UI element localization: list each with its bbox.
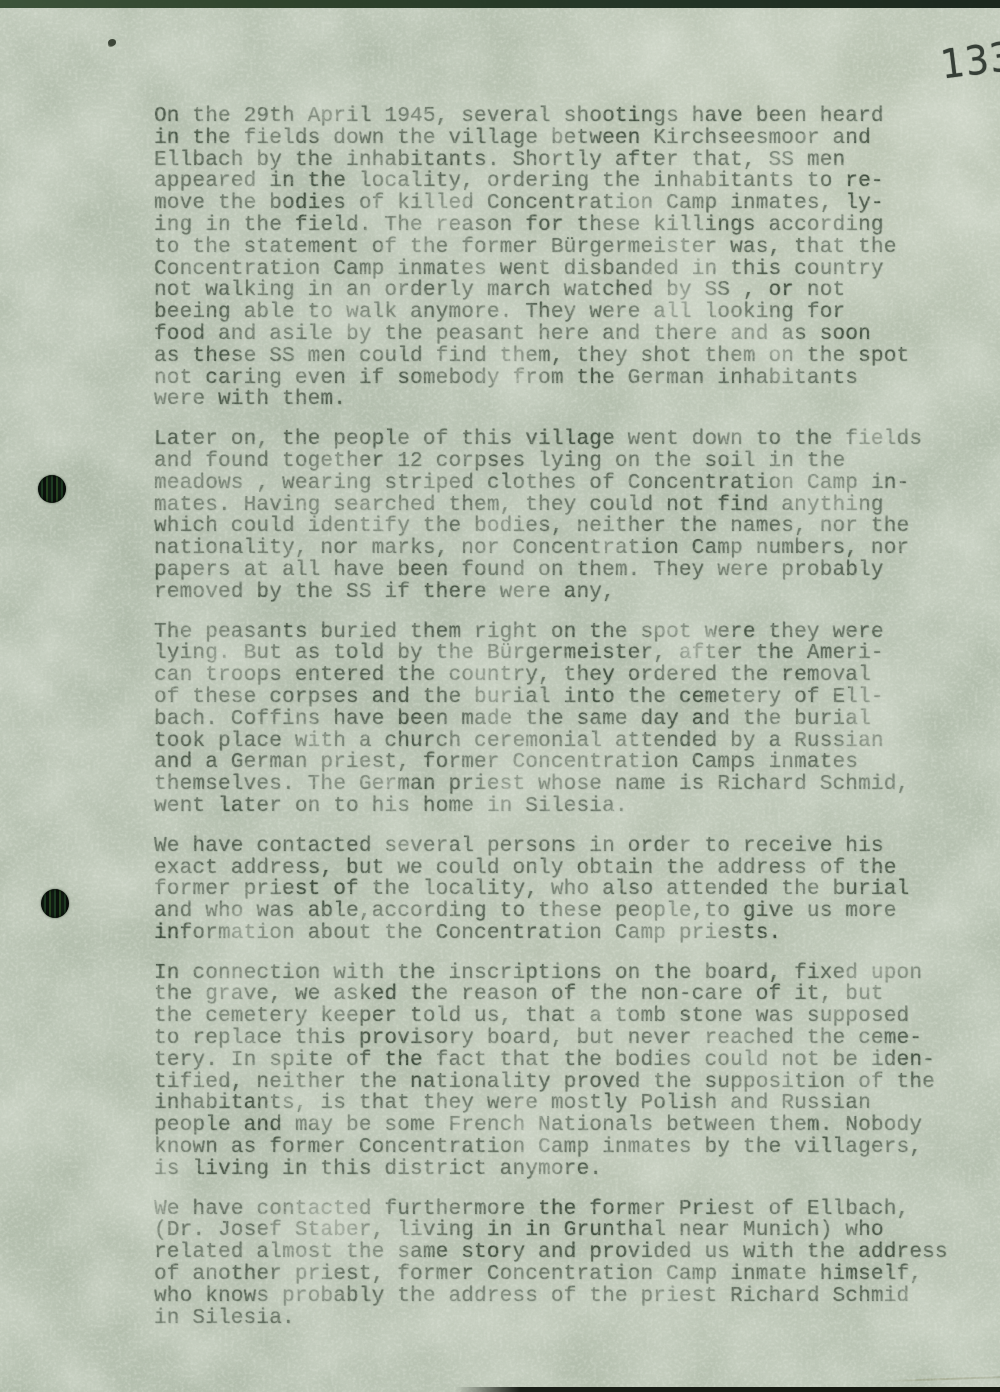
scan-edge-bottom [455,1387,1000,1392]
hole-punch-bottom [41,889,69,918]
typed-text-block: On the 29th April 1945, several shooting… [154,106,969,1347]
typed-paragraph: The peasants buried them right on the sp… [154,622,969,818]
typed-paragraph: We have contacted furthermore the former… [154,1199,969,1330]
typed-paragraph: In connection with the inscriptions on t… [154,963,969,1181]
scan-edge-top [0,0,1000,8]
typed-paragraph: Later on, the people of this village wen… [154,429,969,603]
typed-paragraph: We have contacted several persons in ord… [154,836,969,945]
handwritten-page-number: 133 [938,33,1000,88]
scanned-document-page: On the 29th April 1945, several shooting… [0,0,1000,1392]
ink-speck [108,39,116,46]
typed-paragraph: On the 29th April 1945, several shooting… [154,106,969,411]
hole-punch-top [38,475,66,503]
